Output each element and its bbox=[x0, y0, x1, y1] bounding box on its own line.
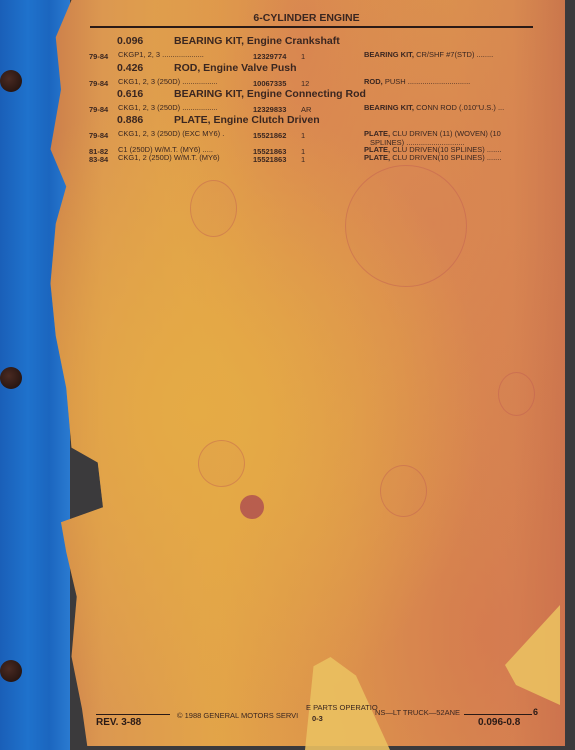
part-number: 15521862 bbox=[253, 131, 301, 140]
group-title: BEARING KIT, Engine Connecting Rod bbox=[174, 88, 366, 100]
group-title: PLATE, Engine Clutch Driven bbox=[174, 114, 320, 126]
quantity: 1 bbox=[301, 52, 361, 61]
application: CKG1, 2, 3 (250D) ................. bbox=[118, 77, 253, 86]
years: 83-84 bbox=[89, 155, 118, 164]
header-rule bbox=[90, 26, 533, 28]
group-title: ROD, Engine Valve Push bbox=[174, 62, 297, 74]
quantity: 1 bbox=[301, 155, 361, 164]
footer-rule-left bbox=[96, 714, 170, 715]
years: 79-84 bbox=[89, 131, 118, 140]
years: 79-84 bbox=[89, 105, 118, 114]
application: CKG1, 2, 3 (250D) (EXC MY6) . bbox=[118, 129, 253, 138]
sub-code: 0-3 bbox=[312, 714, 323, 723]
group-heading: 0.096BEARING KIT, Engine Crankshaft bbox=[117, 35, 340, 47]
description: PLATE, CLU DRIVEN(10 SPLINES) ....... bbox=[364, 153, 546, 162]
parts-row: 79-84CKGP1, 2, 3 ....................123… bbox=[89, 50, 361, 61]
group-heading: 0.616BEARING KIT, Engine Connecting Rod bbox=[117, 88, 366, 100]
part-number: 12329774 bbox=[253, 52, 301, 61]
group-heading: 0.886PLATE, Engine Clutch Driven bbox=[117, 114, 320, 126]
parts-row: 83-84CKG1, 2 (250D) W/M.T. (MY6)15521863… bbox=[89, 153, 361, 164]
group-heading: 0.426ROD, Engine Valve Push bbox=[117, 62, 297, 74]
copyright-left: © 1988 GENERAL MOTORS SERVI bbox=[177, 711, 298, 720]
part-number: 15521863 bbox=[253, 155, 301, 164]
quantity: 1 bbox=[301, 131, 361, 140]
quantity: 12 bbox=[301, 79, 361, 88]
application: CKG1, 2 (250D) W/M.T. (MY6) bbox=[118, 153, 253, 162]
description: ROD, PUSH .............................. bbox=[364, 77, 546, 86]
parts-row: 79-84CKG1, 2, 3 (250D) .................… bbox=[89, 103, 361, 114]
part-number: 12329833 bbox=[253, 105, 301, 114]
group-number: 0.096 bbox=[117, 35, 174, 47]
page-content: 6-CYLINDER ENGINE 0.096BEARING KIT, Engi… bbox=[0, 0, 575, 750]
section-title: 6-CYLINDER ENGINE bbox=[80, 12, 533, 24]
page-suffix: 6 bbox=[533, 707, 538, 717]
description: BEARING KIT, CR/SHF #7(STD) ........ bbox=[364, 50, 546, 59]
quantity: AR bbox=[301, 105, 361, 114]
group-number: 0.616 bbox=[117, 88, 174, 100]
application: CKG1, 2, 3 (250D) ................. bbox=[118, 103, 253, 112]
copyright-right: NS—LT TRUCK—52ANE bbox=[375, 708, 460, 717]
footer-rule-right bbox=[464, 714, 532, 715]
application: CKGP1, 2, 3 .................... bbox=[118, 50, 253, 59]
group-title: BEARING KIT, Engine Crankshaft bbox=[174, 35, 340, 47]
copyright-mid: E PARTS OPERATIO bbox=[306, 703, 378, 712]
years: 79-84 bbox=[89, 79, 118, 88]
parts-row: 79-84CKG1, 2, 3 (250D) .................… bbox=[89, 77, 361, 88]
parts-row: 79-84CKG1, 2, 3 (250D) (EXC MY6) .155218… bbox=[89, 129, 361, 140]
page-range: 0.096-0.8 bbox=[478, 717, 520, 728]
group-number: 0.426 bbox=[117, 62, 174, 74]
years: 79-84 bbox=[89, 52, 118, 61]
group-number: 0.886 bbox=[117, 114, 174, 126]
revision-label: REV. 3-88 bbox=[96, 717, 141, 728]
description: BEARING KIT, CONN ROD (.010"U.S.) ... bbox=[364, 103, 546, 112]
part-number: 10067335 bbox=[253, 79, 301, 88]
